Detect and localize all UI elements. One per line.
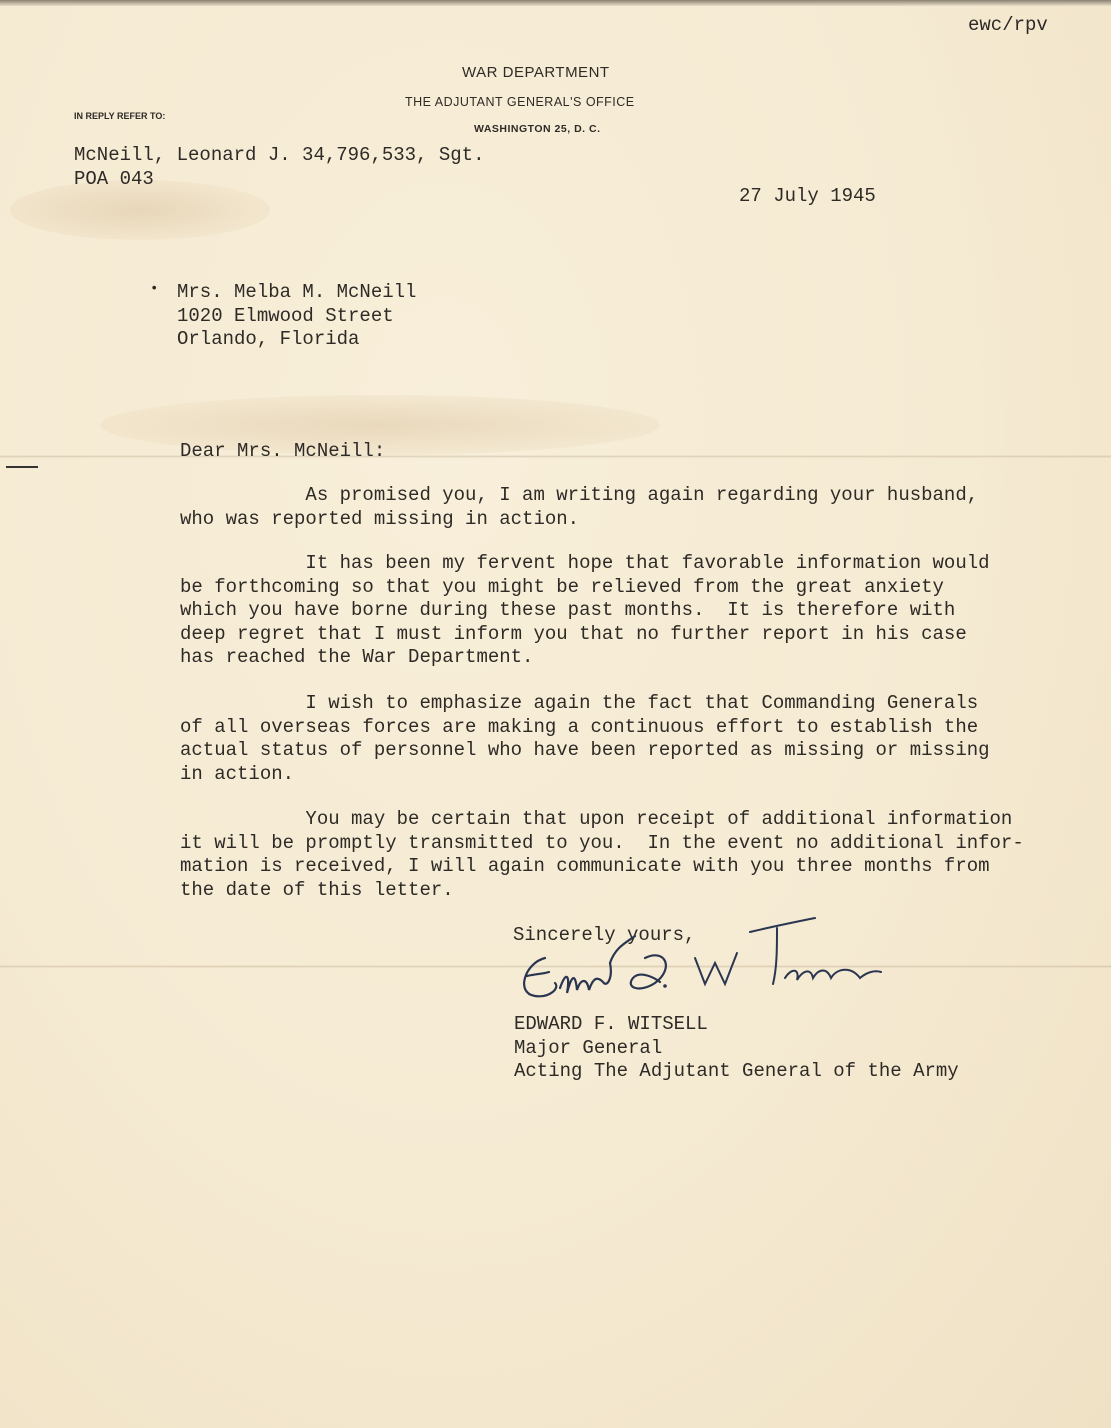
body-paragraph-3: I wish to emphasize again the fact that … (180, 692, 1020, 786)
reference-block: McNeill, Leonard J. 34,796,533, Sgt.POA … (74, 144, 484, 191)
recipient-street: 1020 Elmwood Street (177, 305, 416, 329)
reference-line-soldier: McNeill, Leonard J. 34,796,533, Sgt. (74, 144, 484, 168)
paper-top-edge (0, 0, 1111, 6)
reply-refer-label: IN REPLY REFER TO: (74, 111, 165, 121)
body-paragraph-1: As promised you, I am writing again rega… (180, 484, 1020, 531)
signer-title: Acting The Adjutant General of the Army (514, 1060, 959, 1084)
recipient-address: Mrs. Melba M. McNeill1020 Elmwood Street… (177, 281, 416, 352)
letterhead-department: WAR DEPARTMENT (462, 64, 610, 81)
signer-rank: Major General (514, 1037, 959, 1061)
typist-initials: ewc/rpv (968, 14, 1048, 38)
recipient-name: Mrs. Melba M. McNeill (177, 281, 416, 305)
reference-line-code: POA 043 (74, 168, 484, 192)
letterhead-address: WASHINGTON 25, D. C. (474, 123, 601, 135)
letter-date: 27 July 1945 (739, 185, 876, 209)
body-paragraph-2: It has been my fervent hope that favorab… (180, 552, 1020, 670)
signer-block: EDWARD F. WITSELLMajor GeneralActing The… (514, 1013, 959, 1084)
salutation: Dear Mrs. McNeill: (180, 440, 385, 464)
signer-name: EDWARD F. WITSELL (514, 1013, 959, 1037)
letterhead-office: THE ADJUTANT GENERAL'S OFFICE (405, 95, 635, 109)
margin-mark (6, 466, 38, 468)
handwritten-signature (515, 908, 895, 1018)
body-paragraph-4: You may be certain that upon receipt of … (180, 808, 1020, 902)
paper-fold-upper (0, 455, 1111, 458)
bullet-mark: • (150, 281, 158, 297)
recipient-city: Orlando, Florida (177, 328, 416, 352)
